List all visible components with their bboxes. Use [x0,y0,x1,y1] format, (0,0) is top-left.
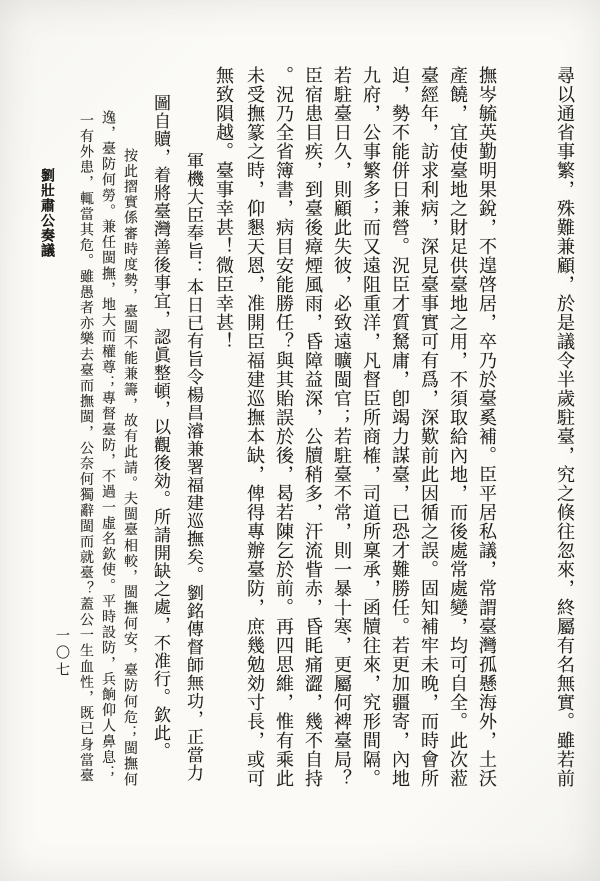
commentary-column-3: 一有外患，輒當其危。雖愚者亦樂去臺而撫閩，公奈何獨辭閩而就臺？蓋公一生血性，既已… [75,113,95,784]
memorial-column-3: 產饒，宜使臺地之財足供臺地之用，不須取給內地，而後處常處變，均可自全。此次蒞 [445,66,471,788]
memorial-column-9: 。況乃全省簿書，病目安能勝任？與其貽誤於後，曷若陳乞於前。再四思維，惟有乘此 [271,66,297,788]
memorial-column-8: 臣宿患目疾，到臺後瘴煙風雨，昏障益深，公牘稍多，汗流眥赤，昏眊痛澀，幾不自持 [300,66,326,788]
commentary-column-1: 按此摺實係審時度勢，臺閩不能兼籌，故有此請。夫閩臺相較，閩撫何安，臺防何危；閩撫… [119,148,139,788]
memorial-column-6: 九府，公事繁多；而又遠阻重洋，凡督臣所商榷，司道所稟承，函牘往來，究形間隔。 [358,66,384,788]
page-number: 一〇七 [51,628,71,679]
commentary-column-2: 逸，臺防何勞。兼任閩撫，地大而權尊；專督臺防，不過一虛名欽使。平時設防，兵餉仰人… [97,110,117,781]
memorial-column-11: 無致隕越。臺事幸甚！微臣幸甚！ [211,66,237,351]
memorial-column-7: 若駐臺日久，則顧此失彼，必致遠曠閩官；若駐臺不常，則一暴十寒，更屬何裨臺局？ [329,66,355,788]
memorial-column-5: 迫，勢不能併日兼營。況臣才質駑庸，卽竭力謀臺，已恐才難勝任。若更加疆寄，內地 [387,66,413,788]
memorial-column-1: 尋以通省事繁，殊難兼顧，於是議令半歲駐臺，究之倏往忽來，終屬有名無實。雖若前 [552,66,578,788]
rescript-column-1: 軍機大臣奉旨：本日已有旨令楊昌濬兼署福建巡撫矣。劉銘傳督師無功，正當力 [181,152,206,782]
memorial-column-2: 撫岑毓英勤明果銳，不遑啓居，卒乃於臺奚補。臣平居私議，常謂臺灣孤懸海外，土沃 [474,66,500,788]
rescript-column-2: 圖自贖，着將臺灣善後事宜，認眞整頓，以觀後効。所請開缺之處，不准行。欽此。 [148,94,173,760]
memorial-column-10: 未受撫篆之時，仰懇天恩，准開臣福建巡撫本缺，俾得專辦臺防，庶幾勉効寸長，或可 [242,66,268,788]
memorial-column-4: 臺經年，訪求利病，深見臺事實可有爲，深歎前此因循之誤。固知補牢未晚，而時會所 [416,66,442,788]
margin-book-title: 劉壯肅公奏議 [36,168,56,258]
book-page: 尋以通省事繁，殊難兼顧，於是議令半歲駐臺，究之倏往忽來，終屬有名無實。雖若前 撫… [0,0,600,881]
